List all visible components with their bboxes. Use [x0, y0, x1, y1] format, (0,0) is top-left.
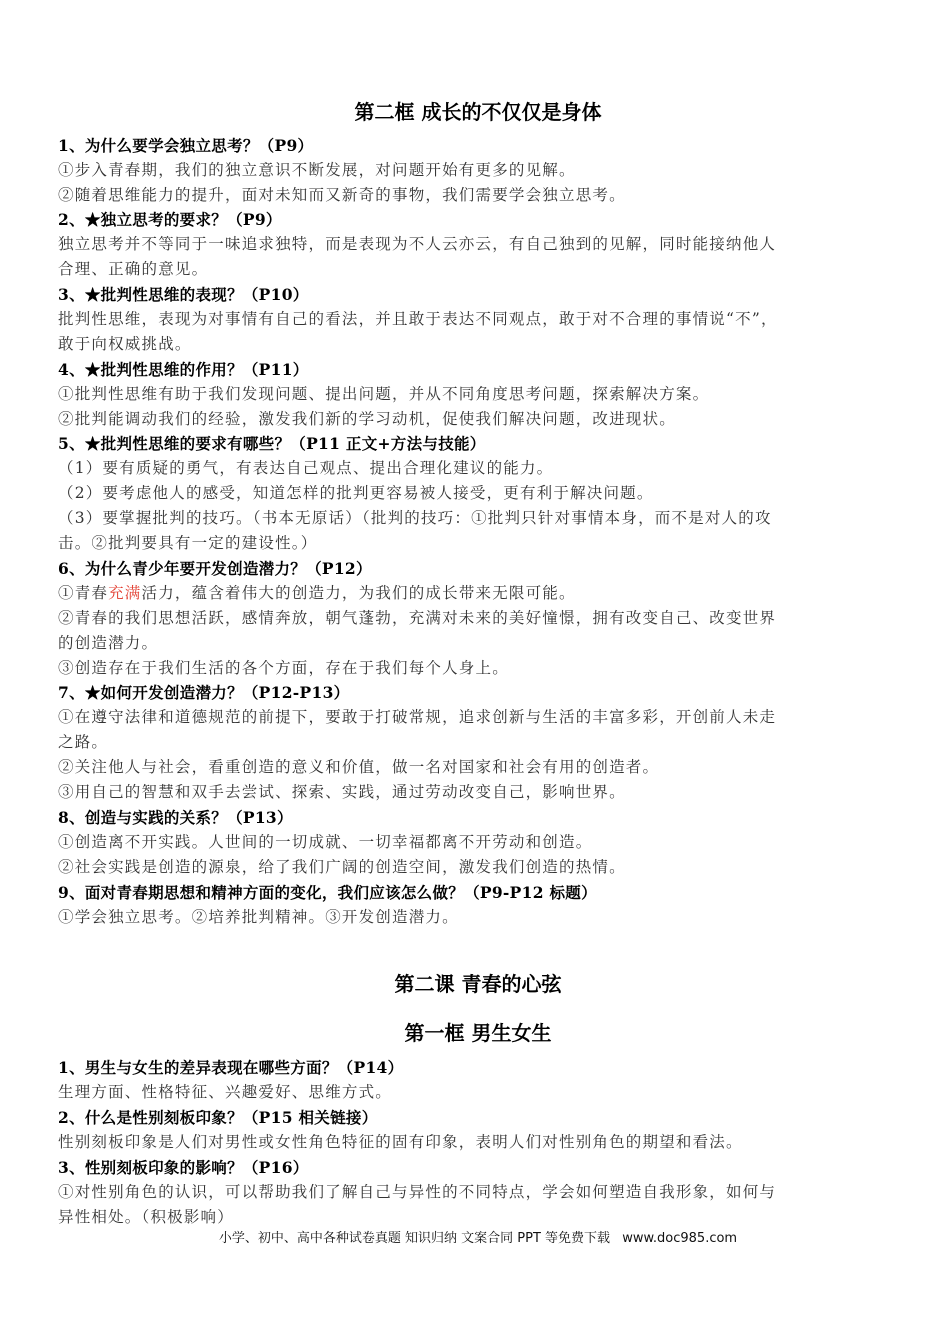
- question-3: 3、★批判性思维的表现？（P10）: [58, 282, 309, 307]
- question-7: 7、★如何开发创造潜力？（P12-P13）: [58, 680, 349, 705]
- answer-line: ①学会独立思考。②培养批判精神。③开发创造潜力。: [58, 905, 459, 930]
- answer-line: 独立思考并不等同于一味追求独特，而是表现为不人云亦云，有自己独到的见解，同时能接…: [58, 232, 776, 257]
- answer-line: ②关注他人与社会，看重创造的意义和价值，做一名对国家和社会有用的创造者。: [58, 755, 659, 780]
- question-9: 9、面对青春期思想和精神方面的变化，我们应该怎么做？（P9-P12 标题）: [58, 880, 597, 905]
- answer-line: （1）要有质疑的勇气，有表达自己观点、提出合理化建议的能力。: [58, 456, 553, 481]
- footer-text: 小学、初中、高中各种试卷真题 知识归纳 文案合同 PPT 等免费下载: [219, 1231, 610, 1246]
- answer-line: 的创造潜力。: [58, 631, 158, 656]
- answer-line: ①对性别角色的认识，可以帮助我们了解自己与异性的不同特点，学会如何塑造自我形象，…: [58, 1180, 776, 1205]
- question-4: 4、★批判性思维的作用？（P11）: [58, 357, 309, 382]
- question-5: 5、★批判性思维的要求有哪些？（P11 正文+方法与技能）: [58, 431, 486, 456]
- footer-link[interactable]: www.doc985.com: [622, 1231, 737, 1246]
- question-8: 8、创造与实践的关系？（P13）: [58, 805, 293, 830]
- highlighted-text: 充满: [108, 584, 141, 602]
- answer-line: ②批判能调动我们的经验，激发我们新的学习动机，促使我们解决问题，改进现状。: [58, 407, 676, 432]
- answer-line: ③创造存在于我们生活的各个方面，存在于我们每个人身上。: [58, 656, 509, 681]
- lesson-title: 第二课 青春的心弦: [58, 968, 898, 997]
- answer-suffix: 活力，蕴含着伟大的创造力，为我们的成长带来无限可能。: [142, 584, 576, 602]
- answer-line: 合理、正确的意见。: [58, 257, 208, 282]
- answer-line: ①青春充满活力，蕴含着伟大的创造力，为我们的成长带来无限可能。: [58, 581, 576, 606]
- answer-line: ②社会实践是创造的源泉，给了我们广阔的创造空间，激发我们创造的热情。: [58, 855, 626, 880]
- answer-line: 敢于向权威挑战。: [58, 332, 192, 357]
- answer-line: ①步入青春期，我们的独立意识不断发展，对问题开始有更多的见解。: [58, 158, 576, 183]
- answer-line: ②青春的我们思想活跃，感情奔放，朝气蓬勃，充满对未来的美好憧憬，拥有改变自己、改…: [58, 606, 776, 631]
- answer-line: 生理方面、性格特征、兴趣爱好、思维方式。: [58, 1080, 392, 1105]
- question-6: 6、为什么青少年要开发创造潜力？（P12）: [58, 556, 372, 581]
- question-1: 1、男生与女生的差异表现在哪些方面？（P14）: [58, 1055, 403, 1080]
- answer-line: ②随着思维能力的提升，面对未知而又新奇的事物，我们需要学会独立思考。: [58, 183, 626, 208]
- question-2: 2、什么是性别刻板印象？（P15 相关链接）: [58, 1105, 378, 1130]
- answer-prefix: ①青春: [58, 584, 108, 602]
- answer-line: ①创造离不开实践。人世间的一切成就、一切幸福都离不开劳动和创造。: [58, 830, 592, 855]
- answer-line: ①批判性思维有助于我们发现问题、提出问题，并从不同角度思考问题，探索解决方案。: [58, 382, 709, 407]
- question-3: 3、性别刻板印象的影响？（P16）: [58, 1155, 309, 1180]
- question-1: 1、为什么要学会独立思考？（P9）: [58, 133, 313, 158]
- answer-line: 之路。: [58, 730, 108, 755]
- answer-line: （2）要考虑他人的感受，知道怎样的批判更容易被人接受，更有利于解决问题。: [58, 481, 654, 506]
- answer-line: ①在遵守法律和道德规范的前提下，要敢于打破常规，追求创新与生活的丰富多彩，开创前…: [58, 705, 776, 730]
- page-footer: 小学、初中、高中各种试卷真题 知识归纳 文案合同 PPT 等免费下载 www.d…: [58, 1227, 898, 1246]
- answer-line: ③用自己的智慧和双手去尝试、探索、实践，通过劳动改变自己，影响世界。: [58, 780, 626, 805]
- answer-line: 批判性思维，表现为对事情有自己的看法，并且敢于表达不同观点，敢于对不合理的事情说…: [58, 307, 778, 332]
- section-title: 第二框 成长的不仅仅是身体: [58, 96, 898, 125]
- answer-line: （3）要掌握批判的技巧。（书本无原话）（批判的技巧：①批判只针对事情本身，而不是…: [58, 506, 772, 531]
- answer-line: 击。②批判要具有一定的建设性。）: [58, 531, 317, 556]
- lesson-subtitle: 第一框 男生女生: [58, 1017, 898, 1046]
- question-2: 2、★独立思考的要求？（P9）: [58, 207, 282, 232]
- answer-line: 性别刻板印象是人们对男性或女性角色特征的固有印象，表明人们对性别角色的期望和看法…: [58, 1130, 743, 1155]
